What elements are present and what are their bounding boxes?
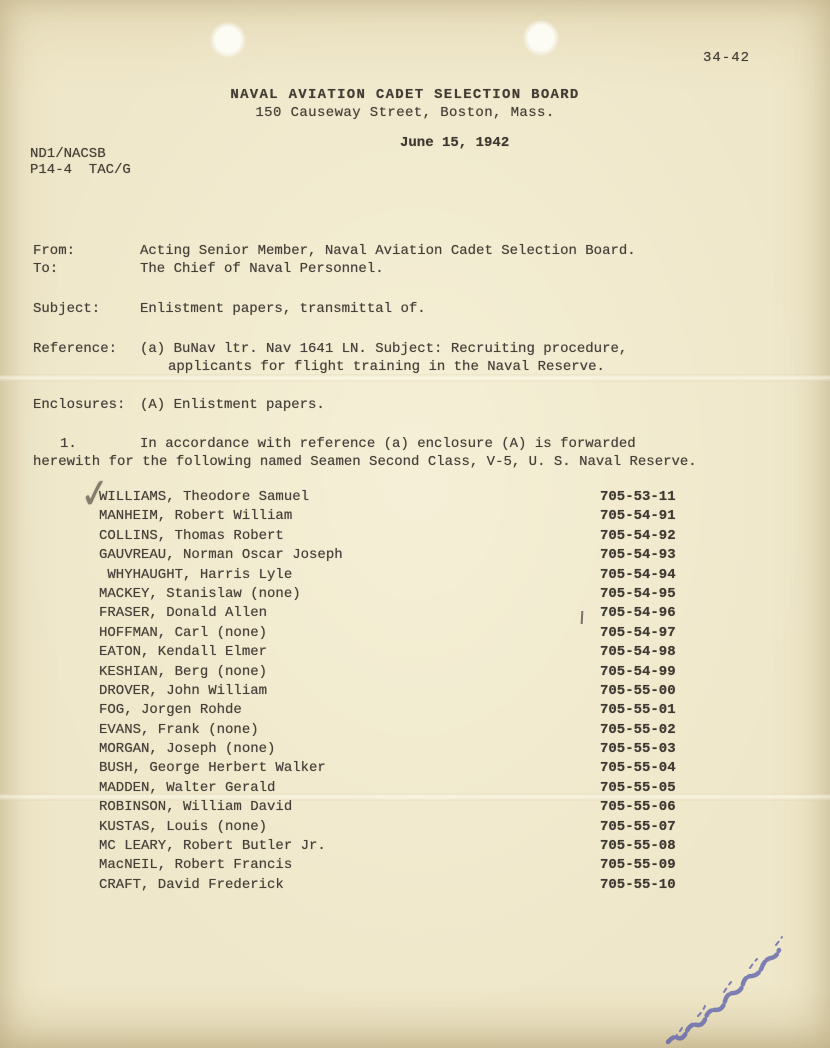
roster-cadet-name: ROBINSON, William David <box>99 799 292 815</box>
roster-cadet-name: COLLINS, Thomas Robert <box>99 528 284 544</box>
roster-service-number: 705-54-92 <box>600 528 676 544</box>
roster-service-number: 705-54-91 <box>600 508 676 524</box>
roster-service-number: 705-55-10 <box>600 877 676 893</box>
roster-service-number: 705-55-09 <box>600 857 676 873</box>
reference-code-2: P14-4 TAC/G <box>30 162 131 178</box>
roster-cadet-name: WHYHAUGHT, Harris Lyle <box>99 567 292 583</box>
roster-row: COLLINS, Thomas Robert705-54-92 <box>99 528 730 547</box>
roster-row: MADDEN, Walter Gerald705-55-05 <box>99 780 730 799</box>
roster-service-number: 705-54-98 <box>600 644 676 660</box>
roster-service-number: 705-54-96 <box>600 605 676 621</box>
reference-label: Reference: <box>33 341 117 358</box>
roster-cadet-name: MACKEY, Stanislaw (none) <box>99 586 301 602</box>
to-label: To: <box>33 261 58 278</box>
roster-row: MacNEIL, Robert Francis705-55-09 <box>99 857 730 876</box>
file-number: 34-42 <box>703 50 750 67</box>
reference-code-1: ND1/NACSB <box>30 146 106 162</box>
roster-service-number: 705-55-04 <box>600 760 676 776</box>
roster-row: BUSH, George Herbert Walker705-55-04 <box>99 760 730 779</box>
roster-cadet-name: GAUVREAU, Norman Oscar Joseph <box>99 547 343 563</box>
letterhead-organization: NAVAL AVIATION CADET SELECTION BOARD <box>0 87 810 104</box>
punch-hole-left <box>213 25 243 55</box>
roster-row: KUSTAS, Louis (none)705-55-07 <box>99 819 730 838</box>
roster-service-number: 705-54-99 <box>600 664 676 680</box>
roster-service-number: 705-53-11 <box>600 489 676 505</box>
roster-row: EVANS, Frank (none)705-55-02 <box>99 722 730 741</box>
roster-cadet-name: FRASER, Donald Allen <box>99 605 267 621</box>
roster-cadet-name: MC LEARY, Robert Butler Jr. <box>99 838 326 854</box>
roster-cadet-name: HOFFMAN, Carl (none) <box>99 625 267 641</box>
roster-cadet-name: EVANS, Frank (none) <box>99 722 259 738</box>
roster-row: KESHIAN, Berg (none)705-54-99 <box>99 664 730 683</box>
roster-cadet-name: CRAFT, David Frederick <box>99 877 284 893</box>
roster-service-number: 705-55-01 <box>600 702 676 718</box>
reference-value-line2: applicants for flight training in the Na… <box>168 359 605 376</box>
roster-row: MORGAN, Joseph (none)705-55-03 <box>99 741 730 760</box>
roster-service-number: 705-54-94 <box>600 567 676 583</box>
roster-row: WHYHAUGHT, Harris Lyle705-54-94 <box>99 567 730 586</box>
from-label: From: <box>33 243 75 260</box>
letterhead-address: 150 Causeway Street, Boston, Mass. <box>0 105 810 122</box>
roster-list: WILLIAMS, Theodore Samuel705-53-11MANHEI… <box>99 489 730 896</box>
paragraph-number: 1. <box>60 436 77 453</box>
roster-service-number: 705-55-07 <box>600 819 676 835</box>
roster-row: WILLIAMS, Theodore Samuel705-53-11 <box>99 489 730 508</box>
roster-cadet-name: MANHEIM, Robert William <box>99 508 292 524</box>
roster-cadet-name: WILLIAMS, Theodore Samuel <box>99 489 309 505</box>
roster-service-number: 705-55-05 <box>600 780 676 796</box>
enclosures-value: (A) Enlistment papers. <box>140 397 325 414</box>
subject-label: Subject: <box>33 301 100 318</box>
subject-value: Enlistment papers, transmittal of. <box>140 301 426 318</box>
punch-hole-right <box>526 23 556 53</box>
roster-row: FOG, Jorgen Rohde705-55-01 <box>99 702 730 721</box>
roster-service-number: 705-55-06 <box>600 799 676 815</box>
roster-row: FRASER, Donald Allen705-54-96 <box>99 605 730 624</box>
roster-row: DROVER, John William705-55-00 <box>99 683 730 702</box>
roster-cadet-name: KESHIAN, Berg (none) <box>99 664 267 680</box>
paragraph-line1: In accordance with reference (a) enclosu… <box>140 436 636 453</box>
roster-cadet-name: DROVER, John William <box>99 683 267 699</box>
roster-row: HOFFMAN, Carl (none)705-54-97 <box>99 625 730 644</box>
roster-service-number: 705-55-02 <box>600 722 676 738</box>
roster-service-number: 705-54-95 <box>600 586 676 602</box>
to-value: The Chief of Naval Personnel. <box>140 261 384 278</box>
roster-service-number: 705-55-03 <box>600 741 676 757</box>
roster-cadet-name: MacNEIL, Robert Francis <box>99 857 292 873</box>
roster-row: MC LEARY, Robert Butler Jr.705-55-08 <box>99 838 730 857</box>
roster-row: GAUVREAU, Norman Oscar Joseph705-54-93 <box>99 547 730 566</box>
roster-cadet-name: FOG, Jorgen Rohde <box>99 702 242 718</box>
roster-cadet-name: BUSH, George Herbert Walker <box>99 760 326 776</box>
roster-row: EATON, Kendall Elmer705-54-98 <box>99 644 730 663</box>
from-value: Acting Senior Member, Naval Aviation Cad… <box>140 243 636 260</box>
enclosures-label: Enclosures: <box>33 397 125 414</box>
roster-row: CRAFT, David Frederick705-55-10 <box>99 877 730 896</box>
roster-cadet-name: EATON, Kendall Elmer <box>99 644 267 660</box>
date-line: June 15, 1942 <box>400 135 509 152</box>
roster-service-number: 705-54-97 <box>600 625 676 641</box>
roster-service-number: 705-54-93 <box>600 547 676 563</box>
roster-service-number: 705-55-00 <box>600 683 676 699</box>
roster-cadet-name: MADDEN, Walter Gerald <box>99 780 275 796</box>
roster-row: ROBINSON, William David705-55-06 <box>99 799 730 818</box>
paragraph-line2: herewith for the following named Seamen … <box>33 454 697 471</box>
reference-value-line1: (a) BuNav ltr. Nav 1641 LN. Subject: Rec… <box>140 341 627 358</box>
roster-service-number: 705-55-08 <box>600 838 676 854</box>
roster-row: MACKEY, Stanislaw (none)705-54-95 <box>99 586 730 605</box>
roster-cadet-name: KUSTAS, Louis (none) <box>99 819 267 835</box>
roster-row: MANHEIM, Robert William705-54-91 <box>99 508 730 527</box>
roster-cadet-name: MORGAN, Joseph (none) <box>99 741 275 757</box>
